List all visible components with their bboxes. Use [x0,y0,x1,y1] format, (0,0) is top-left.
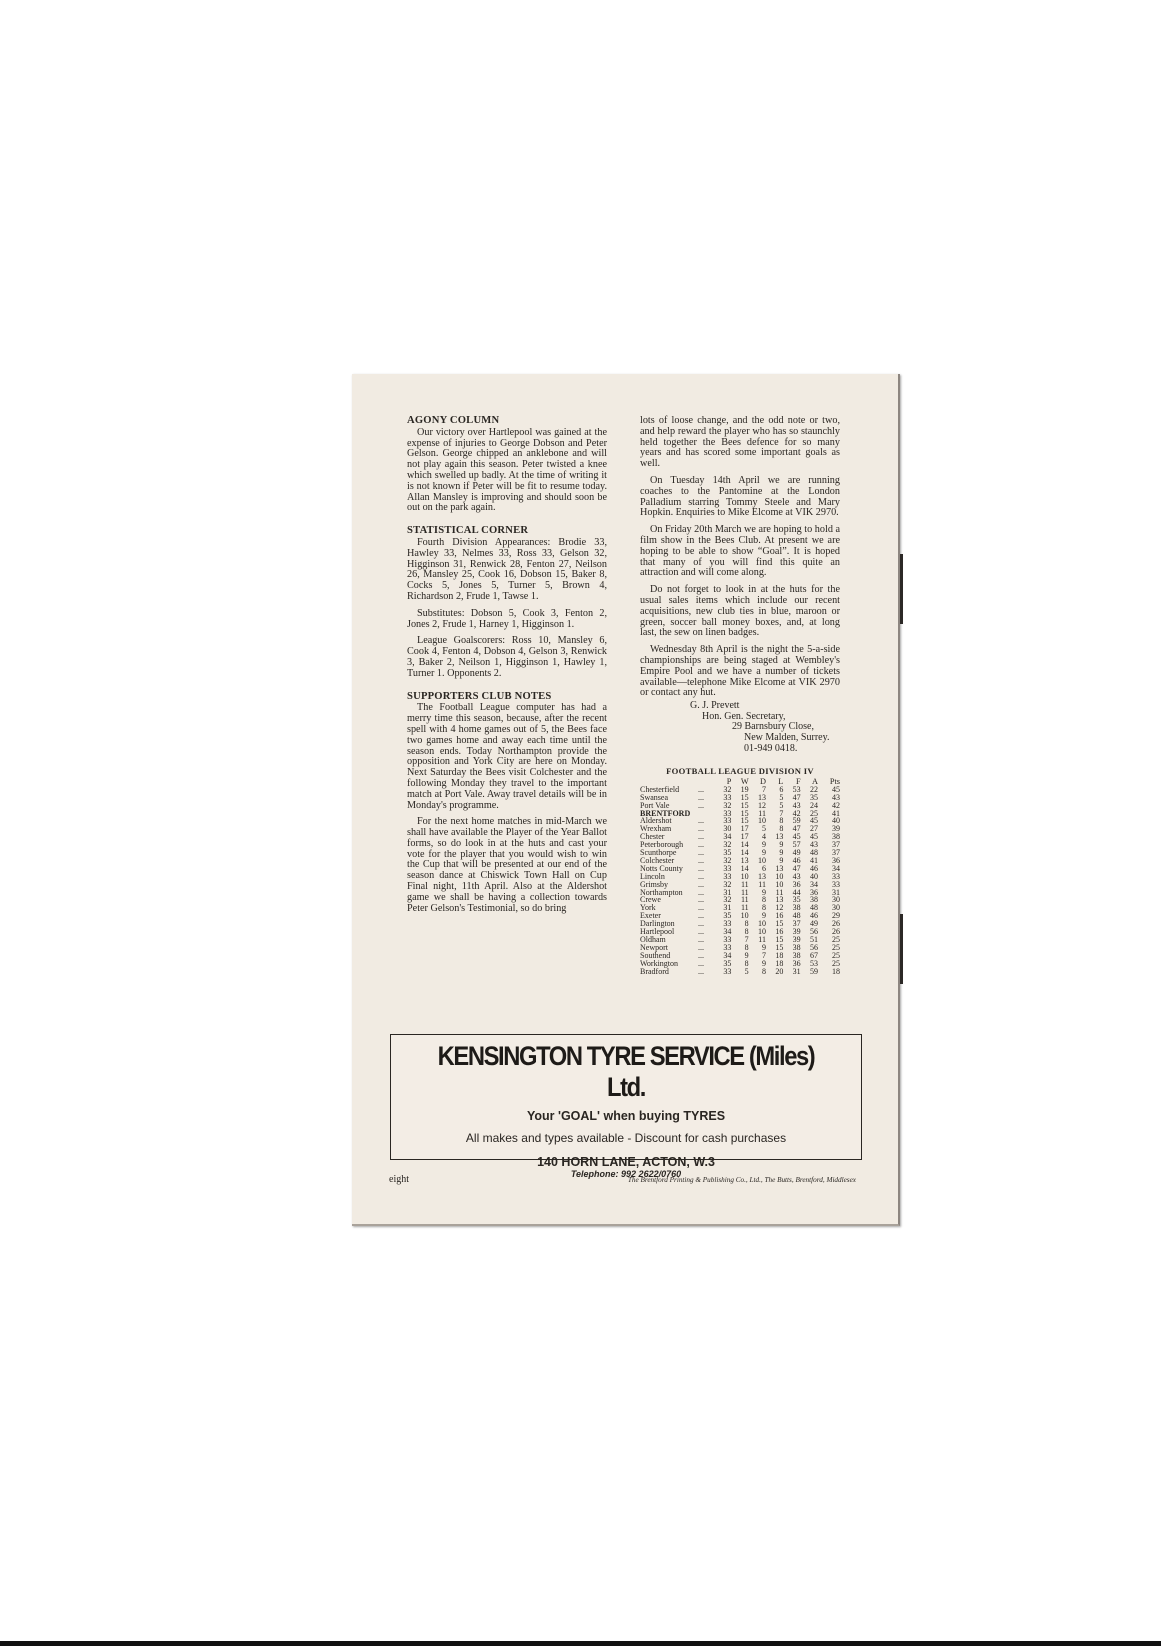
goalscorers-paragraph: League Goalscorers: Ross 10, Mansley 6, … [407,636,607,679]
cell-p: 33 [714,968,731,976]
league-table-block: FOOTBALL LEAGUE DIVISION IV PWDLFAPts Ch… [640,766,840,975]
statistical-corner-heading: STATISTICAL CORNER [407,526,607,537]
notes-paragraph: On Friday 20th March we are hoping to ho… [640,525,840,579]
cell-a: 59 [801,968,818,976]
right-column: lots of loose change, and the odd note o… [640,416,840,976]
left-column: AGONY COLUMN Our victory over Hartlepool… [407,416,607,926]
agony-paragraph: Our victory over Hartlepool was gained a… [407,428,607,514]
supporters-club-section: SUPPORTERS CLUB NOTES The Football Leagu… [407,692,607,915]
scan-edge [0,1641,1161,1646]
agony-column-section: AGONY COLUMN Our victory over Hartlepool… [407,416,607,514]
supporters-paragraph: The Football League computer has had a m… [407,703,607,811]
supporters-paragraph: For the next home matches in mid-March w… [407,817,607,914]
notes-paragraph: lots of loose change, and the odd note o… [640,416,840,470]
staple-mark [900,554,903,624]
advert-tagline: Your 'GOAL' when buying TYRES [391,1109,861,1123]
statistical-corner-section: STATISTICAL CORNER Fourth Division Appea… [407,526,607,679]
advert-makes: All makes and types available - Discount… [391,1131,861,1145]
supporters-club-heading: SUPPORTERS CLUB NOTES [407,692,607,703]
cell-d: 8 [749,968,766,976]
cell-pts: 18 [818,968,840,976]
signature-address-line: New Malden, Surrey. [640,733,840,744]
notes-paragraph: On Tuesday 14th April we are running coa… [640,476,840,519]
programme-page: AGONY COLUMN Our victory over Hartlepool… [352,374,900,1226]
staple-mark [900,914,903,984]
notes-paragraph: Do not forget to look in at the huts for… [640,585,840,639]
league-table: PWDLFAPts Chesterfield...321976532245Swa… [640,778,840,976]
team-name: Bradford [640,968,698,976]
cell-l: 20 [766,968,783,976]
table-row: Bradford...335820315918 [640,968,840,976]
page-number-label: eight [389,1174,409,1185]
substitutes-paragraph: Substitutes: Dobson 5, Cook 3, Fenton 2,… [407,609,607,631]
notes-paragraph: Wednesday 8th April is the night the 5-a… [640,645,840,699]
cell-f: 31 [783,968,800,976]
signature-phone: 01-949 0418. [640,744,840,755]
tyre-advert: KENSINGTON TYRE SERVICE (Miles) Ltd. You… [390,1034,862,1160]
advert-address: 140 HORN LANE, ACTON, W.3 [391,1155,861,1169]
appearances-paragraph: Fourth Division Appearances: Brodie 33, … [407,538,607,603]
cell-w: 5 [731,968,748,976]
agony-column-heading: AGONY COLUMN [407,416,607,427]
leader-dots: ... [698,802,714,810]
league-table-title: FOOTBALL LEAGUE DIVISION IV [640,766,840,777]
signature-block: G. J. Prevett Hon. Gen. Secretary, 29 Ba… [640,701,840,754]
printer-credit: The Brentford Printing & Publishing Co.,… [628,1176,856,1184]
leader-dots: ... [698,968,714,976]
advert-brand: KENSINGTON TYRE SERVICE (Miles) Ltd. [419,1041,833,1103]
